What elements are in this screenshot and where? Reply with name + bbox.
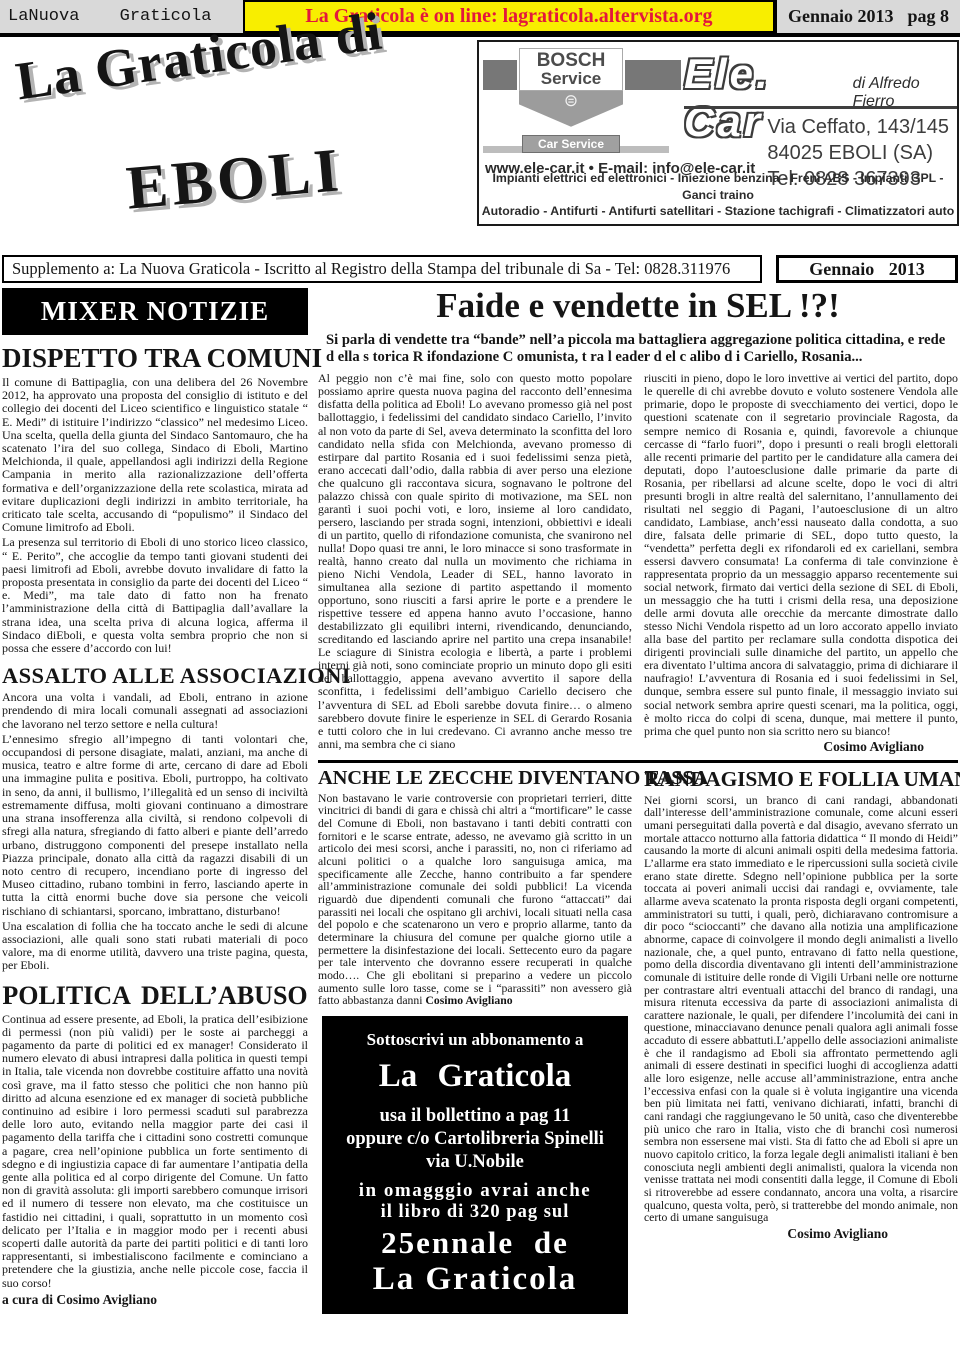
car-service-badge: Car Service — [522, 135, 620, 153]
faide-col-2-wrap: riusciti in pieno, dopo le loro invettiv… — [644, 372, 958, 754]
mixer-notizie-banner: MIXER NOTIZIE — [2, 288, 308, 335]
article-heading: RANDAGISMO E FOLLIA UMANA — [644, 767, 958, 792]
bosch-anchor-icon: ⊜ — [564, 91, 578, 127]
newspaper-logo: La Graticola di EBOLI — [6, 51, 466, 210]
byline: Cosimo Avigliano — [644, 1226, 958, 1242]
subscribe-line: usa il bollettino a pag 11 — [324, 1105, 626, 1128]
faide-col-1: Al peggio non c’è mai fine, solo con que… — [318, 372, 632, 754]
article-heading: DISPETTO TRA COMUNI — [2, 343, 308, 374]
services-line1: Impianti elettrici ed elettronici - Inie… — [479, 170, 957, 203]
page-content: MIXER NOTIZIE DISPETTO TRA COMUNI Il com… — [0, 288, 960, 1314]
ad-rule — [684, 106, 957, 109]
main-headline: Faide e vendette in SEL !?! — [318, 288, 958, 325]
newspaper-page: LaNuova Graticola La Graticola è on line… — [0, 0, 960, 1369]
masthead: La Graticola di EBOLI BOSCH Service ⊜ Ca… — [0, 37, 960, 247]
issue-info: Gennaio 2013 pag 8 — [775, 0, 960, 33]
faide-article-columns: Al peggio non c’è mai fine, solo con que… — [318, 372, 958, 754]
ad-decor-bar — [483, 60, 517, 90]
subscribe-line: oppure c/o Cartolibreria Spinelli — [324, 1128, 626, 1151]
main-columns: Faide e vendette in SEL !?! Si parla di … — [318, 288, 958, 1314]
issue-month: Gennaio 2013 — [788, 6, 894, 27]
subscribe-line: 25ennale de — [324, 1225, 626, 1261]
issue-date-box: Gennaio 2013 — [776, 255, 958, 283]
section-divider — [318, 760, 958, 763]
address-line2: 84025 EBOLI (SA) — [767, 140, 949, 166]
services-line2: Autoradio - Antifurti - Antifurti satell… — [479, 203, 957, 220]
standfirst: Si parla di vendette tra “bande” nell’a … — [326, 332, 952, 366]
subscribe-title: La Graticola — [324, 1058, 626, 1095]
byline: a cura di Cosimo Avigliano — [2, 1292, 308, 1308]
subscribe-line: il libro di 320 pag sul — [324, 1202, 626, 1223]
article-paragraph: Una escalation di follia che ha toccato … — [2, 920, 308, 973]
article-assalto: ASSALTO ALLE ASSOCIAZIONI Ancora una vol… — [2, 663, 308, 972]
randagismo-column: RANDAGISMO E FOLLIA UMANA Nei giorni sco… — [644, 766, 958, 1315]
bosch-logo-text: BOSCH Service — [519, 48, 623, 91]
left-column: MIXER NOTIZIE DISPETTO TRA COMUNI Il com… — [2, 288, 308, 1314]
article-paragraph: Ancora una volta i vandali, ad Eboli, en… — [2, 691, 308, 731]
zecche-body: Non bastavano le varie controversie con … — [318, 792, 632, 1008]
zecche-column: ANCHE LE ZECCHE DIVENTANO TASSA Non bast… — [318, 766, 632, 1315]
article-politica: POLITICA DELL’ABUSO Continua ad essere p… — [2, 981, 308, 1308]
subscription-box: Sottoscrivi un abbonamento a La Graticol… — [322, 1016, 628, 1314]
elecar-advert: BOSCH Service ⊜ Car Service Ele. Car di … — [477, 40, 959, 226]
elecar-services: Impianti elettrici ed elettronici - Inie… — [479, 170, 957, 220]
bosch-name: BOSCH — [520, 51, 622, 70]
ad-decor-bar — [625, 60, 681, 90]
logo-line2: EBOLI — [124, 124, 469, 224]
address-line1: Via Ceffato, 143/145 — [767, 114, 949, 140]
zecche-text: Non bastavano le varie controversie con … — [318, 793, 632, 1008]
bosch-service-logo: BOSCH Service ⊜ Car Service — [519, 48, 623, 153]
bosch-shield: ⊜ — [519, 91, 623, 127]
article-heading: ASSALTO ALLE ASSOCIAZIONI — [2, 663, 308, 689]
bosch-service-label: Service — [520, 70, 622, 87]
byline: Cosimo Avigliano — [644, 739, 958, 755]
randagismo-text: Nei giorni scorsi, un branco di cani ran… — [644, 795, 958, 1225]
article-paragraph: Continua ad essere presente, ad Eboli, l… — [2, 1013, 308, 1290]
article-heading: ANCHE LE ZECCHE DIVENTANO TASSA — [318, 767, 632, 790]
faide-col-2: riusciti in pieno, dopo le loro invettiv… — [644, 372, 958, 737]
subscribe-line: Sottoscrivi un abbonamento a — [324, 1030, 626, 1050]
subscribe-title-bottom: La Graticola — [324, 1261, 626, 1298]
lower-article-columns: ANCHE LE ZECCHE DIVENTANO TASSA Non bast… — [318, 766, 958, 1315]
article-paragraph: Il comune di Battipaglia, con una delibe… — [2, 376, 308, 534]
article-paragraph: L’ennesimo sfregio all’impegno di tanti … — [2, 733, 308, 918]
supplement-note: Supplemento a: La Nuova Graticola - Iscr… — [2, 255, 762, 283]
supplement-row: Supplemento a: La Nuova Graticola - Iscr… — [2, 255, 958, 283]
article-heading: POLITICA DELL’ABUSO — [2, 981, 308, 1011]
byline: Cosimo Avigliano — [425, 994, 512, 1007]
subscribe-line: via U.Nobile — [324, 1151, 626, 1174]
article-paragraph: La presenza sul territorio di Eboli di u… — [2, 536, 308, 655]
issue-page: pag 8 — [908, 6, 950, 27]
subscribe-line: in omagggio avrai anche — [324, 1180, 626, 1202]
article-dispetto: DISPETTO TRA COMUNI Il comune di Battipa… — [2, 343, 308, 655]
